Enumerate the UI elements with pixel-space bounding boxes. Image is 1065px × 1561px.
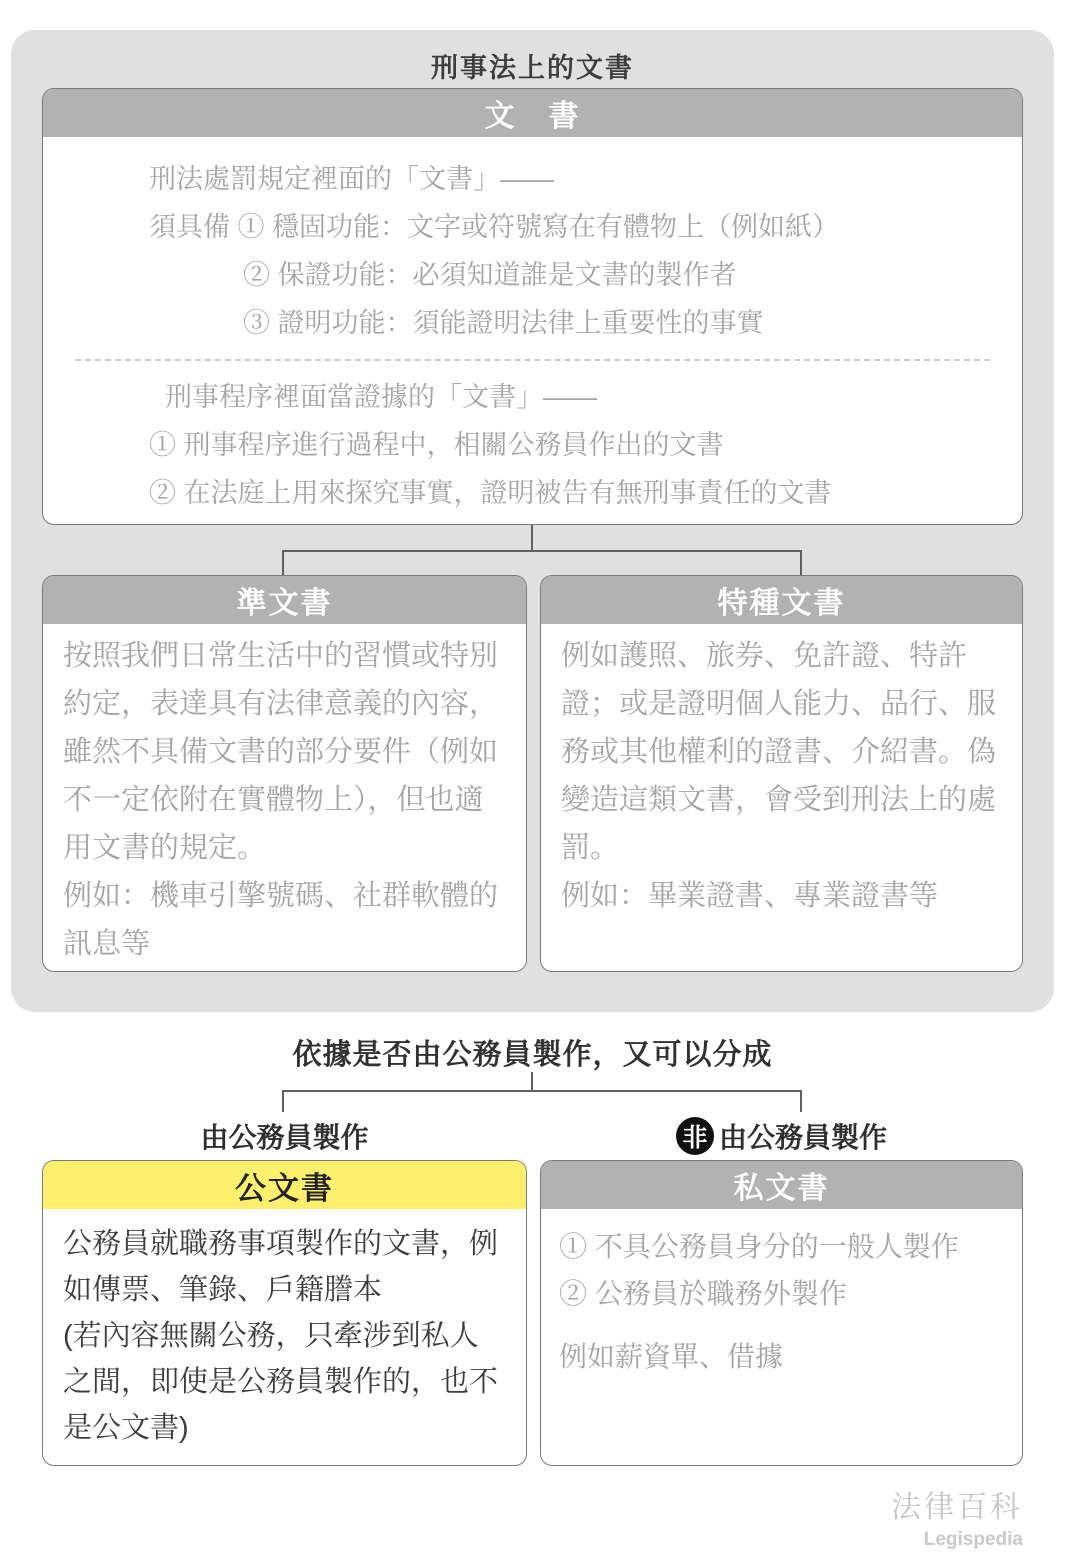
special-document-box: 特種文書 例如護照、旅券、免許證、特許證；或是證明個人能力、品行、服務或其他權利… — [540, 575, 1023, 972]
connector-top-bar — [282, 550, 802, 552]
connector-bottom-stem — [531, 1072, 533, 1091]
special-document-text: 例如護照、旅券、免許證、特許證；或是證明個人能力、品行、服務或其他權利的證書、介… — [561, 632, 1002, 872]
private-document-item1: ① 不具公務員身分的一般人製作 — [559, 1223, 1006, 1270]
special-document-body: 例如護照、旅券、免許證、特許證；或是證明個人能力、品行、服務或其他權利的證書、介… — [541, 624, 1022, 920]
document-box-header: 文 書 — [43, 89, 1022, 137]
quasi-document-body: 按照我們日常生活中的習慣或特別約定，表達具有法律意義的內容，雖然不具備文書的部分… — [43, 624, 526, 968]
criminal-law-doc-intro: 刑法處罰規定裡面的「文書」—— — [43, 155, 1022, 203]
criminal-law-doc-req2: ② 保證功能：必須知道誰是文書的製作者 — [43, 251, 1022, 299]
procedure-doc-intro: 刑事程序裡面當證據的「文書」—— — [43, 373, 1022, 421]
criminal-law-doc-req1: 須具備 ① 穩固功能：文字或符號寫在有體物上（例如紙） — [43, 203, 1022, 251]
document-definition-box: 文 書 刑法處罰規定裡面的「文書」—— 須具備 ① 穩固功能：文字或符號寫在有體… — [42, 88, 1023, 525]
brand-footer: 法律百科 Legispedia — [891, 1482, 1023, 1551]
infographic-canvas: 刑事法上的文書 文 書 刑法處罰規定裡面的「文書」—— 須具備 ① 穩固功能：文… — [0, 0, 1065, 1561]
classification-title: 依據是否由公務員製作，又可以分成 — [0, 1032, 1065, 1073]
branch-label-public: 由公務員製作 — [42, 1116, 527, 1156]
connector-top-stem — [531, 525, 533, 551]
public-document-body: 公務員就職務事項製作的文書，例如傳票、筆錄、戶籍謄本 (若內容無關公務，只牽涉到… — [43, 1209, 526, 1451]
connector-top-left-stub — [282, 550, 284, 576]
branch-label-private-text: 由公務員製作 — [719, 1116, 887, 1156]
quasi-document-example: 例如：機車引擎號碼、社群軟體的訊息等 — [63, 872, 506, 968]
special-document-header: 特種文書 — [541, 576, 1022, 624]
quasi-document-header: 準文書 — [43, 576, 526, 624]
public-document-note: (若內容無關公務，只牽涉到私人之間，即使是公務員製作的，也不是公文書) — [63, 1313, 506, 1451]
private-document-example: 例如薪資單、借據 — [559, 1333, 1006, 1380]
private-document-header: 私文書 — [541, 1161, 1022, 1209]
private-document-body: ① 不具公務員身分的一般人製作 ② 公務員於職務外製作 例如薪資單、借據 — [541, 1209, 1022, 1380]
brand-name-zh: 法律百科 — [891, 1482, 1023, 1526]
private-document-item2: ② 公務員於職務外製作 — [559, 1270, 1006, 1317]
criminal-law-doc-req3: ③ 證明功能：須能證明法律上重要性的事實 — [43, 299, 1022, 347]
panel-title: 刑事法上的文書 — [0, 46, 1065, 85]
dashed-divider — [75, 359, 990, 361]
public-document-text: 公務員就職務事項製作的文書，例如傳票、筆錄、戶籍謄本 — [63, 1221, 506, 1313]
branch-label-public-text: 由公務員製作 — [200, 1116, 368, 1156]
quasi-document-box: 準文書 按照我們日常生活中的習慣或特別約定，表達具有法律意義的內容，雖然不具備文… — [42, 575, 527, 972]
connector-bottom-left-stub — [282, 1090, 284, 1112]
document-box-body: 刑法處罰規定裡面的「文書」—— 須具備 ① 穩固功能：文字或符號寫在有體物上（例… — [43, 137, 1022, 517]
not-badge: 非 — [676, 1117, 714, 1155]
procedure-doc-item1: ① 刑事程序進行過程中，相關公務員作出的文書 — [43, 421, 1022, 469]
brand-name-en: Legispedia — [891, 1529, 1023, 1551]
procedure-doc-item2: ② 在法庭上用來探究事實，證明被告有無刑事責任的文書 — [43, 469, 1022, 517]
special-document-example: 例如：畢業證書、專業證書等 — [561, 872, 1002, 920]
public-document-box: 公文書 公務員就職務事項製作的文書，例如傳票、筆錄、戶籍謄本 (若內容無關公務，… — [42, 1160, 527, 1466]
public-document-header: 公文書 — [43, 1161, 526, 1209]
quasi-document-text: 按照我們日常生活中的習慣或特別約定，表達具有法律意義的內容，雖然不具備文書的部分… — [63, 632, 506, 872]
connector-bottom-right-stub — [800, 1090, 802, 1112]
connector-top-right-stub — [800, 550, 802, 576]
branch-label-private: 非 由公務員製作 — [540, 1116, 1023, 1156]
private-document-box: 私文書 ① 不具公務員身分的一般人製作 ② 公務員於職務外製作 例如薪資單、借據 — [540, 1160, 1023, 1466]
connector-bottom-bar — [282, 1090, 802, 1092]
